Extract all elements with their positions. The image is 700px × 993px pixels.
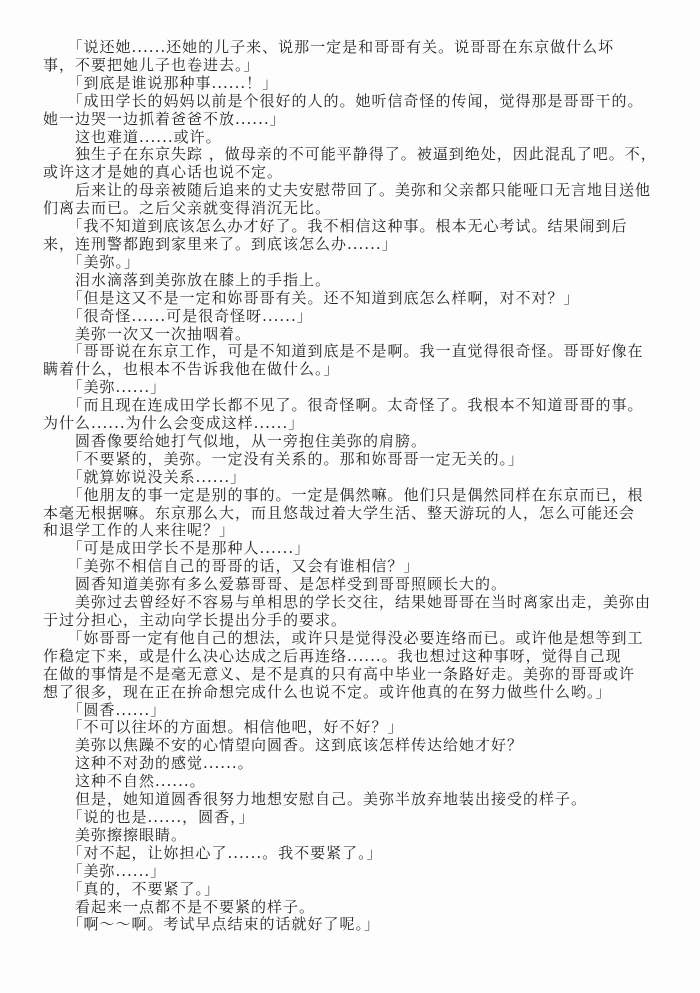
text-line: 这种不对劲的感觉......。: [43, 755, 664, 773]
text-line: 作稳定下来，或是什么决心达成之后再连络......。我也想过这种事呀，觉得自己现: [43, 648, 664, 666]
text-line: 「成田学长的妈妈以前是个很好的人的。她听信奇怪的传闻，觉得那是哥哥干的。: [43, 93, 664, 111]
text-line: 「到底是谁说那种事......！」: [43, 75, 664, 93]
text-line: 这也难道......或许。: [43, 129, 664, 147]
text-line: 「美弥。」: [43, 254, 664, 272]
novel-text-block: 「说还她......还她的儿子来、说那一定是和哥哥有关。说哥哥在东京做什么坏事，…: [43, 39, 664, 934]
text-line: 想了很多，现在正在拚命想完成什么也说不定。或许他真的在努力做些什么哟。」: [43, 684, 664, 702]
text-line: 「美弥......」: [43, 379, 664, 397]
text-line: 「很奇怪......可是很奇怪呀......」: [43, 308, 664, 326]
text-line: 「不可以往坏的方面想。相信他吧，好不好？」: [43, 719, 664, 737]
text-line: 泪水滴落到美弥放在膝上的手指上。: [43, 272, 664, 290]
text-line: 「妳哥哥一定有他自己的想法，或许只是觉得没必要连络而已。或许他是想等到工: [43, 630, 664, 648]
text-line: 「美弥......」: [43, 863, 664, 881]
text-line: 们离去而已。之后父亲就变得消沉无比。: [43, 200, 664, 218]
text-line: 和退学工作的人来往呢？」: [43, 522, 664, 540]
text-line: 于过分担心，主动向学长提出分手的要求。: [43, 612, 664, 630]
text-line: 她一边哭一边抓着爸爸不放......」: [43, 111, 664, 129]
text-line: 「啊～～啊。考试早点结束的话就好了呢。」: [43, 916, 664, 934]
page-background: { "document": { "type": "novel-text-page…: [0, 0, 700, 993]
text-line: 美弥擦擦眼睛。: [43, 827, 664, 845]
text-line: 看起来一点都不是不要紧的样子。: [43, 899, 664, 917]
text-line: 「他朋友的事一定是别的事的。一定是偶然嘛。他们只是偶然同样在东京而已，根: [43, 487, 664, 505]
text-line: 这种不自然......。: [43, 773, 664, 791]
text-line: 瞒着什么，也根本不告诉我他在做什么。」: [43, 361, 664, 379]
text-line: 美弥一次又一次抽咽着。: [43, 326, 664, 344]
text-line: 圆香像要给她打气似地，从一旁抱住美弥的肩膀。: [43, 433, 664, 451]
text-line: 「而且现在连成田学长都不见了。很奇怪啊。太奇怪了。我根本不知道哥哥的事。: [43, 397, 664, 415]
text-line: 美弥以焦躁不安的心情望向圆香。这到底该怎样传达给她才好？: [43, 737, 664, 755]
text-line: 「不要紧的，美弥。一定没有关系的。那和妳哥哥一定无关的。」: [43, 451, 664, 469]
text-line: 「真的，不要紧了。」: [43, 881, 664, 899]
text-line: 但是，她知道圆香很努力地想安慰自己。美弥半放弃地装出接受的样子。: [43, 791, 664, 809]
text-line: 「圆香......」: [43, 702, 664, 720]
text-line: 「可是成田学长不是那种人......」: [43, 540, 664, 558]
novel-page: 「说还她......还她的儿子来、说那一定是和哥哥有关。说哥哥在东京做什么坏事，…: [0, 0, 700, 993]
text-line: 「美弥不相信自己的哥哥的话，又会有谁相信？」: [43, 558, 664, 576]
text-line: 本毫无根据嘛。东京那么大，而且悠哉过着大学生活、整天游玩的人，怎么可能还会: [43, 505, 664, 523]
text-line: 为什么......为什么会变成这样......」: [43, 415, 664, 433]
text-line: 「哥哥说在东京工作，可是不知道到底是不是啊。我一直觉得很奇怪。哥哥好像在: [43, 343, 664, 361]
text-line: 「说的也是......，圆香，」: [43, 809, 664, 827]
text-line: 「我不知道到底该怎么办才好了。我不相信这种事。根本无心考试。结果闹到后: [43, 218, 664, 236]
text-line: 「但是这又不是一定和妳哥哥有关。还不知道到底怎么样啊，对不对？」: [43, 290, 664, 308]
text-line: 事，不要把她儿子也卷进去。」: [43, 57, 664, 75]
text-line: 「就算妳说没关系......」: [43, 469, 664, 487]
text-line: 独生子在东京失踪 ，做母亲的不可能平静得了。被逼到绝处，因此混乱了吧。不，: [43, 146, 664, 164]
text-line: 美弥过去曾经好不容易与单相思的学长交往，结果她哥哥在当时离家出走，美弥由: [43, 594, 664, 612]
text-line: 在做的事情是不是毫无意义、是不是真的只有高中毕业一条路好走。美弥的哥哥或许: [43, 666, 664, 684]
text-line: 来，连刑警都跑到家里来了。到底该怎么办......」: [43, 236, 664, 254]
text-line: 后来让的母亲被随后追来的丈夫安慰带回了。美弥和父亲都只能哑口无言地目送他: [43, 182, 664, 200]
text-line: 「说还她......还她的儿子来、说那一定是和哥哥有关。说哥哥在东京做什么坏: [43, 39, 664, 57]
text-line: 或许这才是她的真心话也说不定。: [43, 164, 664, 182]
text-line: 「对不起，让妳担心了......。我不要紧了。」: [43, 845, 664, 863]
text-line: 圆香知道美弥有多么爱慕哥哥、是怎样受到哥哥照顾长大的。: [43, 576, 664, 594]
